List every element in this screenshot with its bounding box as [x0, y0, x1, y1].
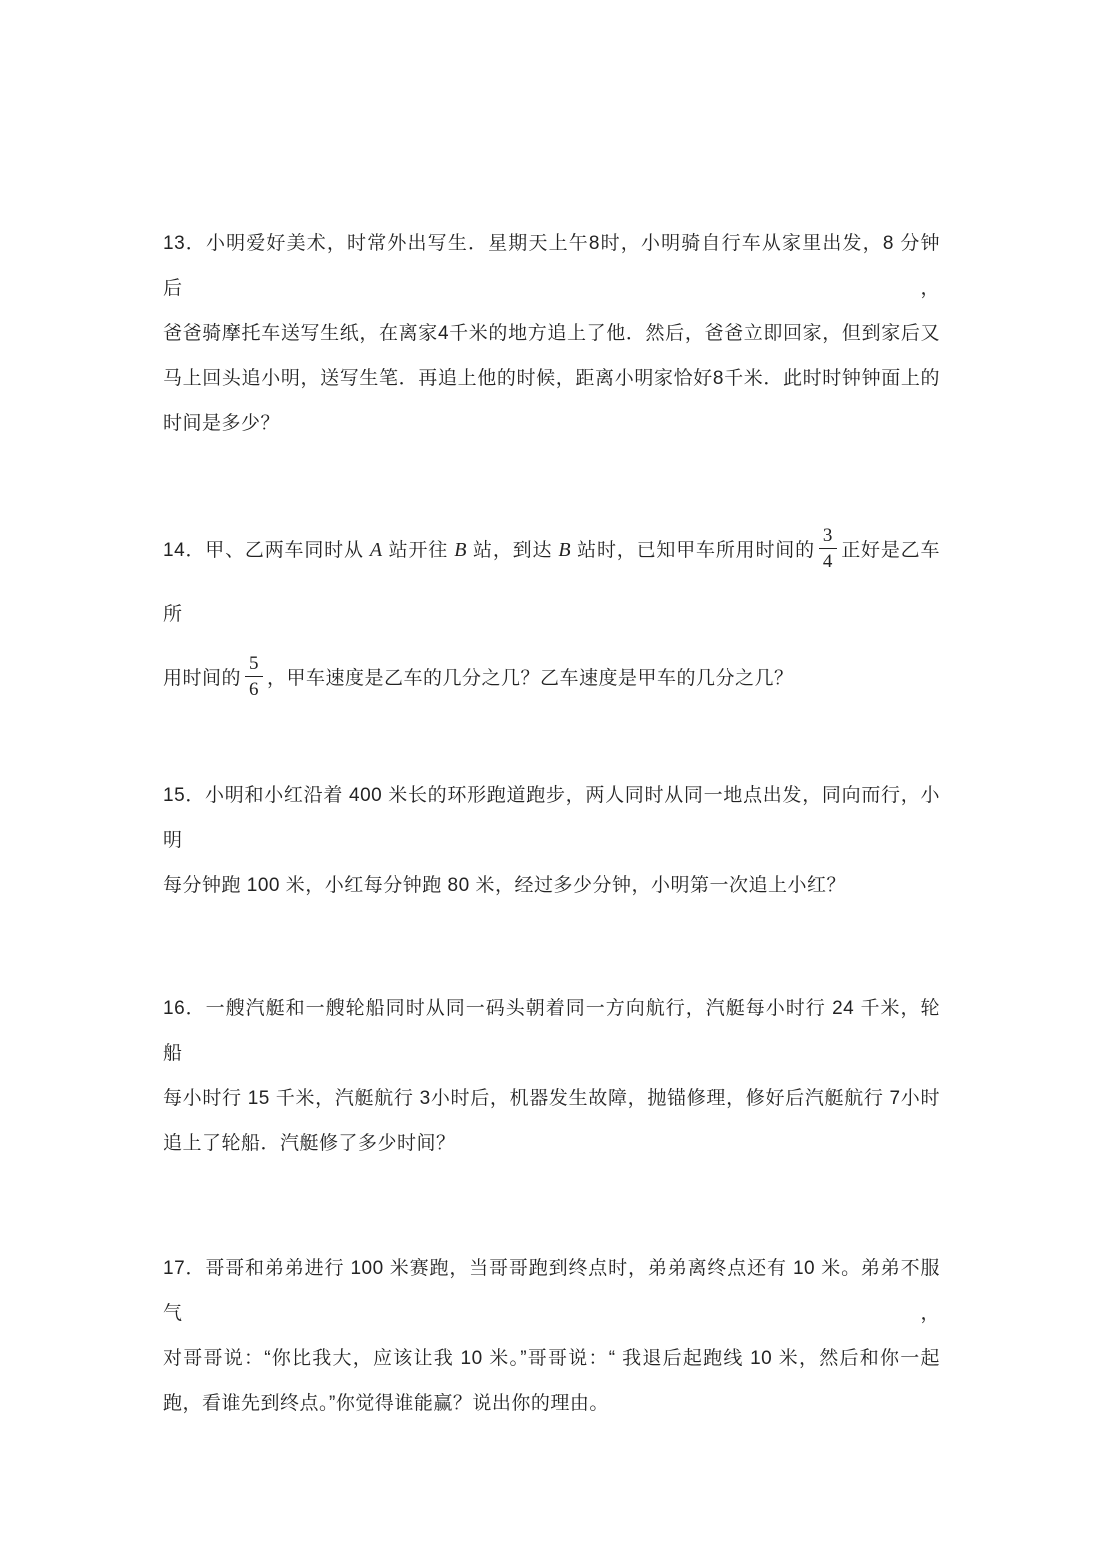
variable-b: B: [454, 539, 467, 561]
fraction-denominator: 4: [819, 549, 837, 574]
problem-17-line-3: 跑，看谁先到终点。”你觉得谁能赢？说出你的理由。: [163, 1381, 940, 1426]
problem-14-text: ，甲车速度是乙车的几分之几？乙车速度是甲车的几分之几？: [267, 668, 794, 689]
problem-13-line-3: 马上回头追小明，送写生笔．再追上他的时候，距离小明家恰好8千米．此时时钟钟面上的: [163, 356, 940, 401]
problem-14-line-1: 14．甲、乙两车同时从 A 站开往 B 站，到达 B 站时，已知甲车所用时间的3…: [163, 518, 940, 647]
fraction-numerator: 3: [819, 524, 837, 550]
problem-13-line-2: 爸爸骑摩托车送写生纸，在离家4千米的地方追上了他．然后，爸爸立即回家，但到家后又: [163, 311, 940, 356]
problem-14-text: 用时间的: [163, 668, 241, 689]
problem-14-text: 站时，已知甲车所用时间的: [571, 540, 815, 561]
problem-15: 15．小明和小红沿着 400 米长的环形跑道跑步，两人同时从同一地点出发，同向而…: [163, 773, 940, 908]
problem-15-line-1: 15．小明和小红沿着 400 米长的环形跑道跑步，两人同时从同一地点出发，同向而…: [163, 773, 940, 863]
problem-14-text: 14．甲、乙两车同时从: [163, 540, 370, 561]
problem-16-line-1: 16．一艘汽艇和一艘轮船同时从同一码头朝着同一方向航行，汽艇每小时行 24 千米…: [163, 986, 940, 1076]
worksheet-page: 13．小明爱好美术，时常外出写生．星期天上午8时，小明骑自行车从家里出发，8 分…: [0, 0, 1102, 1559]
problem-15-line-2: 每分钟跑 100 米，小红每分钟跑 80 米，经过多少分钟，小明第一次追上小红？: [163, 863, 940, 908]
fraction-numerator: 5: [245, 652, 263, 678]
problem-16-line-3: 追上了轮船．汽艇修了多少时间？: [163, 1121, 940, 1166]
fraction-denominator: 6: [245, 677, 263, 702]
variable-b: B: [558, 539, 571, 561]
fraction-five-sixths: 56: [245, 652, 263, 703]
problem-14-line-2: 用时间的56，甲车速度是乙车的几分之几？乙车速度是甲车的几分之几？: [163, 647, 940, 711]
problem-13-line-4: 时间是多少？: [163, 401, 940, 446]
problem-17: 17．哥哥和弟弟进行 100 米赛跑，当哥哥跑到终点时，弟弟离终点还有 10 米…: [163, 1246, 940, 1426]
problem-14: 14．甲、乙两车同时从 A 站开往 B 站，到达 B 站时，已知甲车所用时间的3…: [163, 518, 940, 711]
problem-13: 13．小明爱好美术，时常外出写生．星期天上午8时，小明骑自行车从家里出发，8 分…: [163, 221, 940, 446]
fraction-three-fourths: 34: [819, 524, 837, 575]
problem-13-line-1: 13．小明爱好美术，时常外出写生．星期天上午8时，小明骑自行车从家里出发，8 分…: [163, 221, 940, 311]
variable-a: A: [370, 539, 383, 561]
problem-14-text: 站开往: [383, 540, 455, 561]
problem-17-line-2: 对哥哥说：“你比我大，应该让我 10 米。”哥哥说：“ 我退后起跑线 10 米，…: [163, 1336, 940, 1381]
problem-16: 16．一艘汽艇和一艘轮船同时从同一码头朝着同一方向航行，汽艇每小时行 24 千米…: [163, 986, 940, 1166]
problem-16-line-2: 每小时行 15 千米，汽艇航行 3小时后，机器发生故障，抛锚修理，修好后汽艇航行…: [163, 1076, 940, 1121]
problem-17-line-1: 17．哥哥和弟弟进行 100 米赛跑，当哥哥跑到终点时，弟弟离终点还有 10 米…: [163, 1246, 940, 1336]
problem-14-text: 站，到达: [467, 540, 558, 561]
